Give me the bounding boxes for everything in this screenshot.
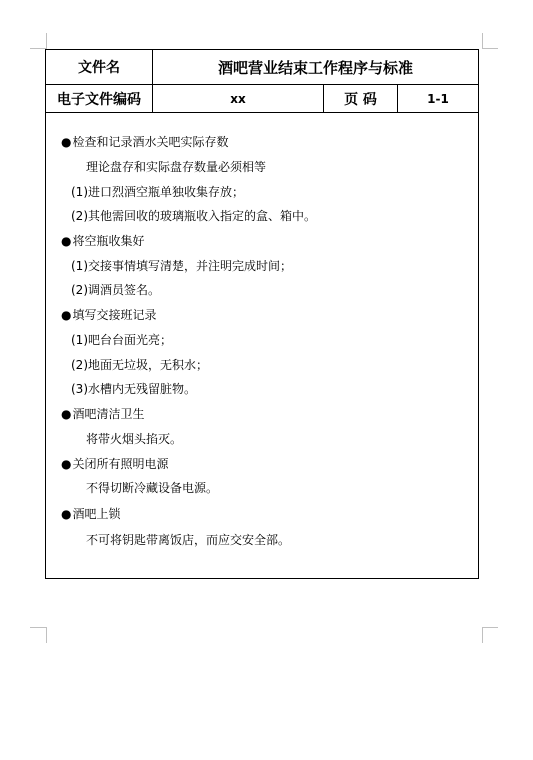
corner-mark-top-left-v <box>46 33 47 49</box>
section-item: (3)水槽内无残留脏物。 <box>71 381 196 397</box>
section-item: (1)进口烈酒空瓶单独收集存放； <box>71 184 244 200</box>
code-label: 电子文件编码 <box>46 85 153 112</box>
section-text: 将带火烟头掐灭。 <box>86 431 182 447</box>
section-text: 不可将钥匙带离饭店，而应交安全部。 <box>86 532 290 548</box>
content-body: 检查和记录酒水关吧实际存数 理论盘存和实际盘存数量必须相等 (1)进口烈酒空瓶单… <box>46 113 478 578</box>
corner-mark-top-right-h <box>482 48 498 49</box>
file-name-label: 文件名 <box>46 50 153 84</box>
corner-mark-bottom-left-h <box>30 627 46 628</box>
section-text: 理论盘存和实际盘存数量必须相等 <box>86 159 266 175</box>
section-text: 不得切断冷藏设备电源。 <box>86 480 218 496</box>
page-value: 1-1 <box>398 85 478 112</box>
document-table: 文件名 酒吧营业结束工作程序与标准 电子文件编码 xx 页 码 1-1 检查和记… <box>45 49 479 579</box>
section-heading: 酒吧上锁 <box>61 506 121 522</box>
section-heading: 关闭所有照明电源 <box>61 456 169 472</box>
section-heading: 填写交接班记录 <box>61 307 157 323</box>
page-label: 页 码 <box>324 85 398 112</box>
corner-mark-bottom-right-h <box>482 627 498 628</box>
section-item: (2)其他需回收的玻璃瓶收入指定的盒、箱中。 <box>71 208 316 224</box>
corner-mark-top-left-h <box>30 48 46 49</box>
section-item: (1)交接事情填写清楚，并注明完成时间； <box>71 258 292 274</box>
code-value: xx <box>153 85 324 112</box>
header-row-title: 文件名 酒吧营业结束工作程序与标准 <box>46 50 478 85</box>
header-row-meta: 电子文件编码 xx 页 码 1-1 <box>46 85 478 113</box>
section-item: (2)调酒员签名。 <box>71 282 160 298</box>
section-heading: 酒吧清洁卫生 <box>61 406 145 422</box>
file-name-value: 酒吧营业结束工作程序与标准 <box>153 50 478 84</box>
corner-mark-bottom-right-v <box>482 627 483 643</box>
corner-mark-top-right-v <box>482 33 483 49</box>
section-heading: 将空瓶收集好 <box>61 233 145 249</box>
section-heading: 检查和记录酒水关吧实际存数 <box>61 134 229 150</box>
section-item: (1)吧台台面光亮； <box>71 332 172 348</box>
corner-mark-bottom-left-v <box>46 627 47 643</box>
section-item: (2)地面无垃圾，无积水； <box>71 357 208 373</box>
